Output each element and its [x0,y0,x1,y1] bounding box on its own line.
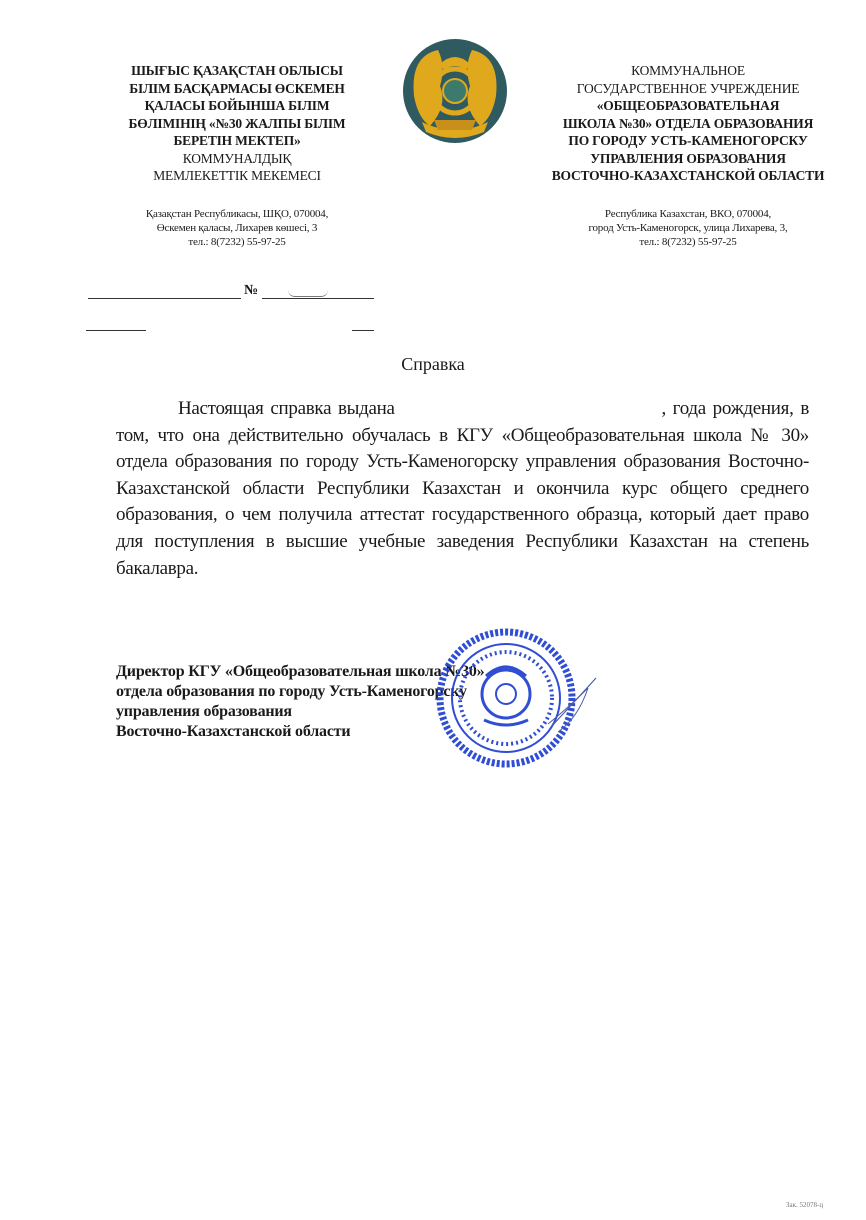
date-line [88,298,241,299]
number-line [262,298,374,299]
address-line: Қазақстан Республикасы, ШҚО, 070004, [92,207,382,221]
phone-line: тел.: 8(7232) 55-97-25 [538,235,838,249]
second-line-right [352,330,374,331]
header-ru-normal-line: ГОСУДАРСТВЕННОЕ УЧРЕЖДЕНИЕ [538,80,838,98]
header-kz-bold-line: БӨЛІМІНІҢ «№30 ЖАЛПЫ БІЛІМ [92,115,382,133]
header-kz-bold-line: БІЛІМ БАСҚАРМАСЫ ӨСКЕМЕН [92,80,382,98]
print-code: Зак. 52078-ц [786,1201,823,1209]
header-kz-bold-line: ҚАЛАСЫ БОЙЫНША БІЛІМ [92,97,382,115]
header-kz-normal-line: МЕМЛЕКЕТТІК МЕКЕМЕСІ [92,167,382,185]
header-ru-bold-line: УПРАВЛЕНИЯ ОБРАЗОВАНИЯ [538,150,838,168]
header-russian-block: КОММУНАЛЬНОЕ ГОСУДАРСТВЕННОЕ УЧРЕЖДЕНИЕ … [538,62,838,249]
second-line-left [86,330,146,331]
state-emblem-icon [400,36,510,146]
header-kz-bold-line: БЕРЕТІН МЕКТЕП» [92,132,382,150]
document-body: Настоящая справка выдана , года рождения… [116,396,809,582]
official-stamp-icon [428,628,598,768]
header-ru-normal-line: КОММУНАЛЬНОЕ [538,62,838,80]
header-ru-address: Республика Казахстан, ВКО, 070004, город… [538,207,838,249]
header-kz-address: Қазақстан Республикасы, ШҚО, 070004, Өск… [92,207,382,249]
header-kazakh-block: ШЫҒЫС ҚАЗАҚСТАН ОБЛЫСЫ БІЛІМ БАСҚАРМАСЫ … [92,62,382,249]
header-ru-bold-line: ВОСТОЧНО-КАЗАХСТАНСКОЙ ОБЛАСТИ [538,167,838,185]
document-title: Справка [0,354,866,375]
header-ru-bold-line: «ОБЩЕОБРАЗОВАТЕЛЬНАЯ [538,97,838,115]
phone-line: тел.: 8(7232) 55-97-25 [92,235,382,249]
header-ru-bold-line: ШКОЛА №30» ОТДЕЛА ОБРАЗОВАНИЯ [538,115,838,133]
address-line: Өскемен қаласы, Лихарев көшесі, 3 [92,221,382,235]
handwritten-number-mark [288,290,328,297]
header-kz-bold-line: ШЫҒЫС ҚАЗАҚСТАН ОБЛЫСЫ [92,62,382,80]
address-line: город Усть-Каменогорск, улица Лихарева, … [538,221,838,235]
number-label: № [244,283,258,299]
body-text-start: Настоящая справка выдана [178,398,395,419]
address-line: Республика Казахстан, ВКО, 070004, [538,207,838,221]
header-kz-normal-line: КОММУНАЛДЫҚ [92,150,382,168]
body-text-rest: , года рождения, в том, что она действит… [116,398,809,579]
header-ru-bold-line: ПО ГОРОДУ УСТЬ-КАМЕНОГОРСКУ [538,132,838,150]
